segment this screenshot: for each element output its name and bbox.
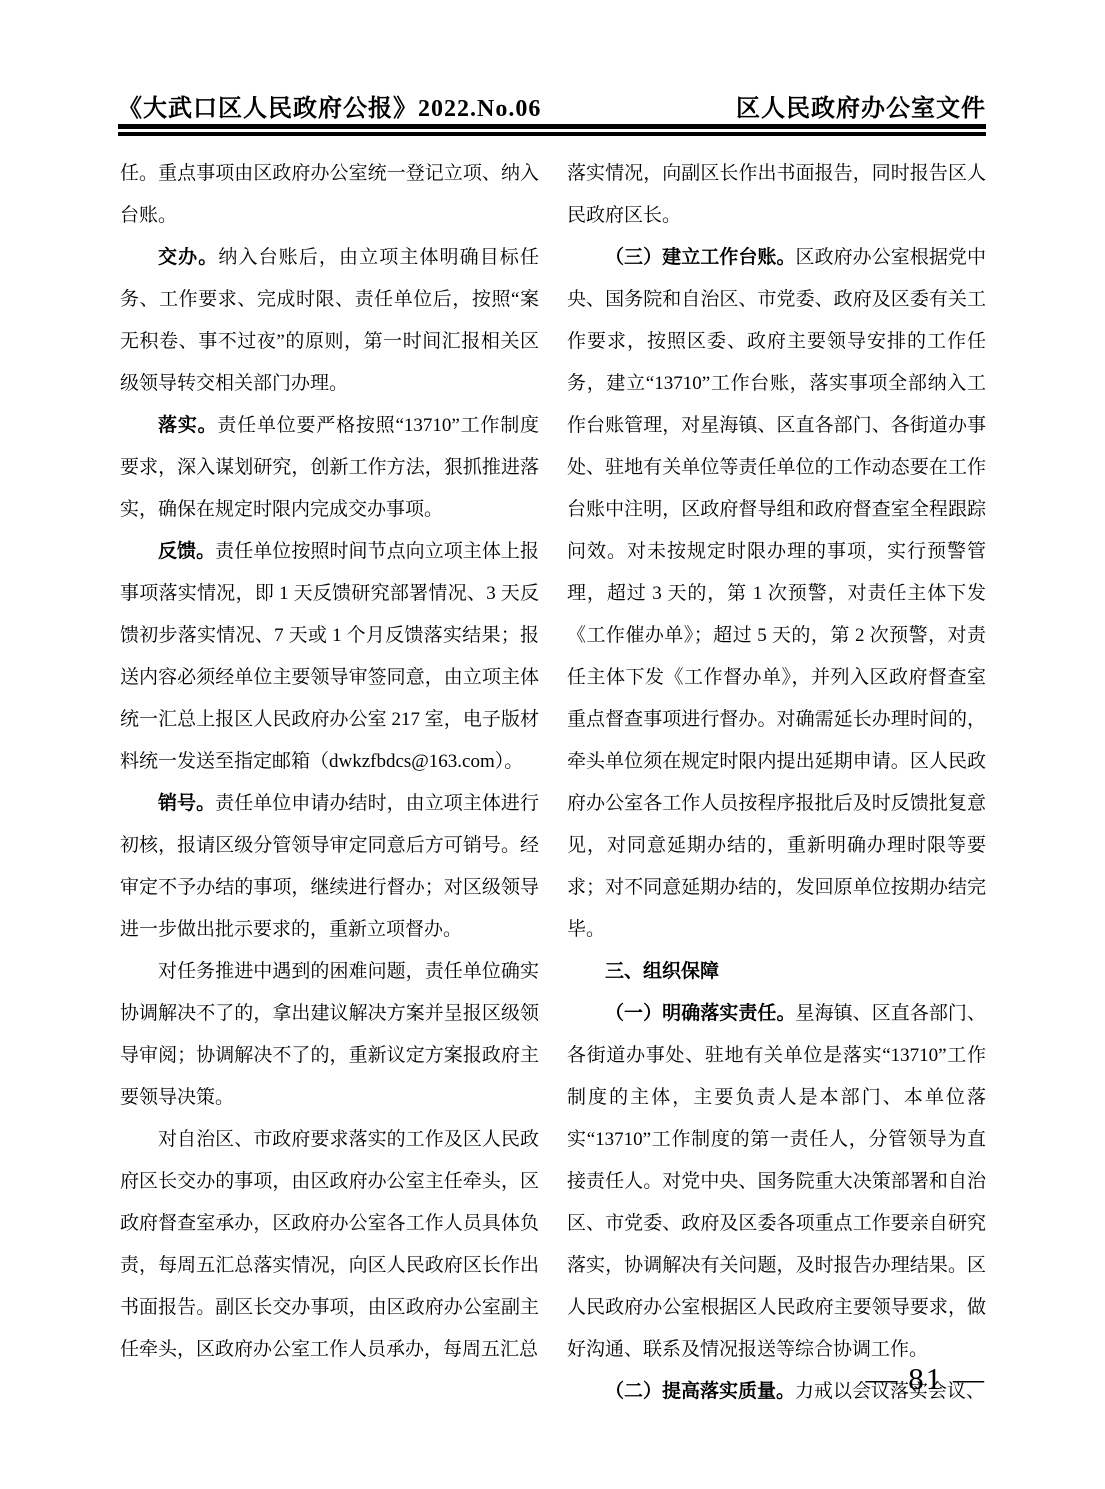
paragraph: 销号。责任单位申请办结时，由立项主体进行初核，报请区级分管领导审定同意后方可销号… — [120, 783, 539, 951]
text-run: 责任单位按照时间节点向立项主体上报事项落实情况，即 1 天反馈研究部署情况、3 … — [120, 541, 539, 772]
paragraph: 任。重点事项由区政府办公室统一登记立项、纳入台账。 — [120, 153, 539, 237]
paragraph: 对任务推进中遇到的困难问题，责任单位确实协调解决不了的，拿出建议解决方案并呈报区… — [120, 951, 539, 1119]
left-column: 任。重点事项由区政府办公室统一登记立项、纳入台账。交办。纳入台账后，由立项主体明… — [120, 153, 539, 1413]
text-run: 区政府办公室根据党中央、国务院和自治区、市党委、政府及区委有关工作要求，按照区委… — [567, 247, 986, 940]
text-run: 对自治区、市政府要求落实的工作及区人民政府区长交办的事项，由区政府办公室主任牵头… — [120, 1129, 539, 1360]
run-emphasis: 反馈。 — [158, 541, 215, 562]
run-emphasis: （一）明确落实责任。 — [605, 1003, 796, 1024]
page-header: 《大武口区人民政府公报》2022.No.06 区人民政府办公室文件 — [118, 88, 986, 123]
run-emphasis: 销号。 — [158, 793, 215, 814]
paragraph: 对自治区、市政府要求落实的工作及区人民政府区长交办的事项，由区政府办公室主任牵头… — [120, 1119, 539, 1371]
paragraph: 三、组织保障 — [567, 951, 986, 993]
document-body: 任。重点事项由区政府办公室统一登记立项、纳入台账。交办。纳入台账后，由立项主体明… — [120, 153, 986, 1413]
document-category-label: 区人民政府办公室文件 — [736, 88, 986, 123]
run-emphasis: （三）建立工作台账。 — [605, 247, 796, 268]
gazette-title: 《大武口区人民政府公报》2022.No.06 — [118, 88, 541, 123]
document-page: 《大武口区人民政府公报》2022.No.06 区人民政府办公室文件 任。重点事项… — [0, 0, 1105, 1489]
run-emphasis: 落实。 — [158, 415, 217, 436]
paragraph: （三）建立工作台账。区政府办公室根据党中央、国务院和自治区、市党委、政府及区委有… — [567, 237, 986, 951]
text-run: 纳入台账后，由立项主体明确目标任务、工作要求、完成时限、责任单位后，按照“案无积… — [120, 247, 539, 394]
paragraph: （一）明确落实责任。星海镇、区直各部门、各街道办事处、驻地有关单位是落实“137… — [567, 993, 986, 1371]
paragraph: 反馈。责任单位按照时间节点向立项主体上报事项落实情况，即 1 天反馈研究部署情况… — [120, 531, 539, 783]
paragraph: 交办。纳入台账后，由立项主体明确目标任务、工作要求、完成时限、责任单位后，按照“… — [120, 237, 539, 405]
page-footer: — 81 — — [866, 1360, 987, 1397]
text-run: 星海镇、区直各部门、各街道办事处、驻地有关单位是落实“13710”工作制度的主体… — [567, 1003, 986, 1360]
paragraph: 落实。责任单位要严格按照“13710”工作制度要求，深入谋划研究，创新工作方法，… — [120, 405, 539, 531]
run-emphasis: （二）提高落实质量。 — [605, 1381, 795, 1402]
text-run: 落实情况，向副区长作出书面报告，同时报告区人民政府区长。 — [567, 163, 986, 226]
text-run: 任。重点事项由区政府办公室统一登记立项、纳入台账。 — [120, 163, 539, 226]
page-number: — 81 — — [866, 1361, 987, 1396]
run-emphasis: 三、组织保障 — [605, 961, 719, 982]
text-run: 对任务推进中遇到的困难问题，责任单位确实协调解决不了的，拿出建议解决方案并呈报区… — [120, 961, 539, 1108]
header-rule-bottom-line — [118, 132, 986, 136]
paragraph: 落实情况，向副区长作出书面报告，同时报告区人民政府区长。 — [567, 153, 986, 237]
right-column: 落实情况，向副区长作出书面报告，同时报告区人民政府区长。（三）建立工作台账。区政… — [567, 153, 986, 1413]
header-rule — [118, 124, 986, 136]
text-run: 责任单位申请办结时，由立项主体进行初核，报请区级分管领导审定同意后方可销号。经审… — [120, 793, 539, 940]
run-emphasis: 交办。 — [158, 247, 218, 268]
